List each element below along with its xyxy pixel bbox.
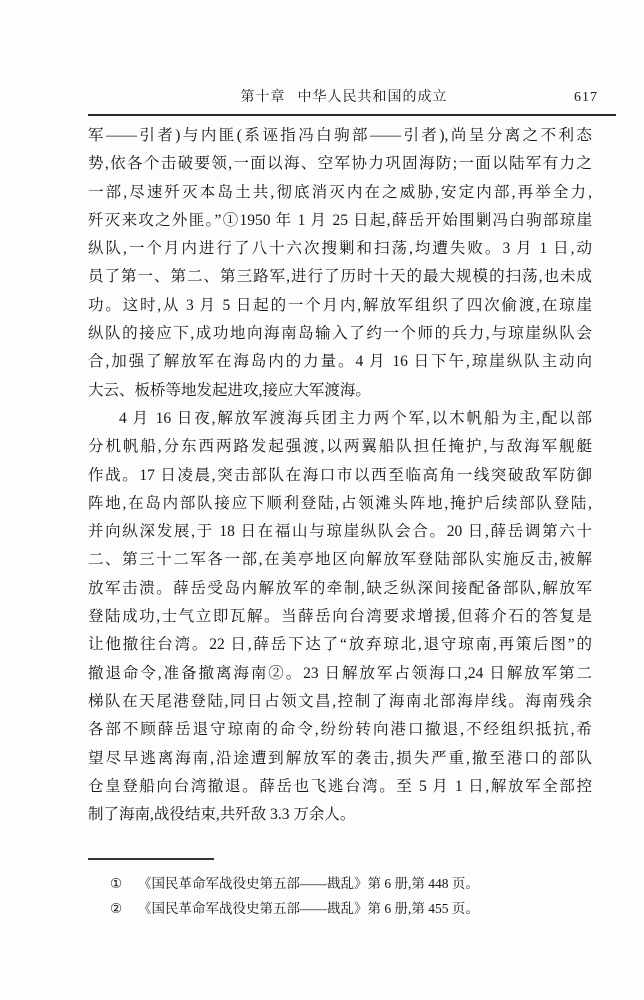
body-line: 作战。17 日凌晨,突击部队在海口市以西至临高角一线突破敌军防御 [88, 462, 592, 490]
header-rule [88, 114, 616, 116]
body-line: 制了海南,战役结束,共歼敌 3.3 万余人。 [88, 801, 592, 829]
body-line: 功。这时,从 3 月 5 日起的一个月内,解放军组织了四次偷渡,在琼崖 [88, 292, 592, 320]
chapter-number: 第十章 [241, 90, 286, 105]
body-line-paragraph-start: 4 月 16 日夜,解放军渡海兵团主力两个军,以木帆船为主,配以部 [88, 405, 592, 433]
chapter-heading: 第十章中华人民共和国的成立 [88, 88, 600, 108]
footnote-separator [88, 858, 214, 860]
body-line: 军——引者)与内匪(系诬指冯白驹部——引者),尚呈分离之不利态 [88, 122, 592, 150]
body-line: 登陆成功,士气立即瓦解。当薛岳向台湾要求增援,但蒋介石的答复是 [88, 603, 592, 631]
body-line: 撤退命令,准备撤离海南②。23 日解放军占领海口,24 日解放军第二 [88, 660, 592, 688]
body-line: 望尽早逃离海南,沿途遭到解放军的袭击,损失严重,撤至港口的部队 [88, 745, 592, 773]
body-line: 大云、板桥等地发起进攻,接应大军渡海。 [88, 377, 592, 405]
body-line: 梯队在天尾港登陆,同日占领文昌,控制了海南北部海岸线。海南残余 [88, 688, 592, 716]
footnote-item: ② 《国民革命军战役史第五部——戡乱》第 6 册,第 455 页。 [88, 896, 592, 921]
body-line: 纵队的接应下,成功地向海南岛输入了约一个师的兵力,与琼崖纵队会 [88, 320, 592, 348]
body-line: 阵地,在岛内部队接应下顺利登陆,占领滩头阵地,掩护后续部队登陆, [88, 490, 592, 518]
book-page: 第十章中华人民共和国的成立 617 军——引者)与内匪(系诬指冯白驹部——引者)… [0, 0, 644, 1000]
body-line: 一部,尽速歼灭本岛土共,彻底消灭内在之威胁,安定内部,再举全力, [88, 179, 592, 207]
body-line: 歼灭来攻之外匪。”①1950 年 1 月 25 日起,薛岳开始围剿冯白驹部琼崖 [88, 207, 592, 235]
footnote-marker: ① [110, 871, 138, 896]
body-line: 纵队,一个月内进行了八十六次搜剿和扫荡,均遭失败。3 月 1 日,动 [88, 235, 592, 263]
body-line: 势,依各个击破要领,一面以海、空军协力巩固海防;一面以陆军有力之 [88, 150, 592, 178]
body-line: 二、第三十二军各一部,在美亭地区向解放军登陆部队实施反击,被解 [88, 546, 592, 574]
body-line: 员了第一、第二、第三路军,进行了历时十天的最大规模的扫荡,也未成 [88, 263, 592, 291]
body-line: 各部不顾薛岳退守琼南的命令,纷纷转向港口撤退,不经组织抵抗,希 [88, 716, 592, 744]
footnotes: ① 《国民革命军战役史第五部——戡乱》第 6 册,第 448 页。 ② 《国民革… [88, 871, 592, 921]
footnote-text: 《国民革命军战役史第五部——戡乱》第 6 册,第 455 页。 [138, 896, 592, 921]
body-line: 让他撤往台湾。22 日,薛岳下达了“放弃琼北,退守琼南,再策后图”的 [88, 631, 592, 659]
body-text: 军——引者)与内匪(系诬指冯白驹部——引者),尚呈分离之不利态 势,依各个击破要… [88, 122, 592, 829]
footnote-item: ① 《国民革命军战役史第五部——戡乱》第 6 册,第 448 页。 [88, 871, 592, 896]
page-number: 617 [574, 88, 598, 108]
body-line: 并向纵深发展,于 18 日在福山与琼崖纵队会合。20 日,薛岳调第六十 [88, 518, 592, 546]
running-head: 第十章中华人民共和国的成立 617 [88, 88, 600, 108]
footnote-text: 《国民革命军战役史第五部——戡乱》第 6 册,第 448 页。 [138, 871, 592, 896]
body-line: 分机帆船,分东西两路发起强渡,以两翼船队担任掩护,与敌海军舰艇 [88, 433, 592, 461]
body-line: 仓皇登船向台湾撤退。薛岳也飞逃台湾。至 5 月 1 日,解放军全部控 [88, 773, 592, 801]
body-line: 放军击溃。薛岳受岛内解放军的牵制,缺乏纵深间接配备部队,解放军 [88, 575, 592, 603]
body-line: 合,加强了解放军在海岛内的力量。4 月 16 日下午,琼崖纵队主动向 [88, 348, 592, 376]
chapter-title: 中华人民共和国的成立 [298, 90, 448, 105]
footnote-marker: ② [110, 896, 138, 921]
